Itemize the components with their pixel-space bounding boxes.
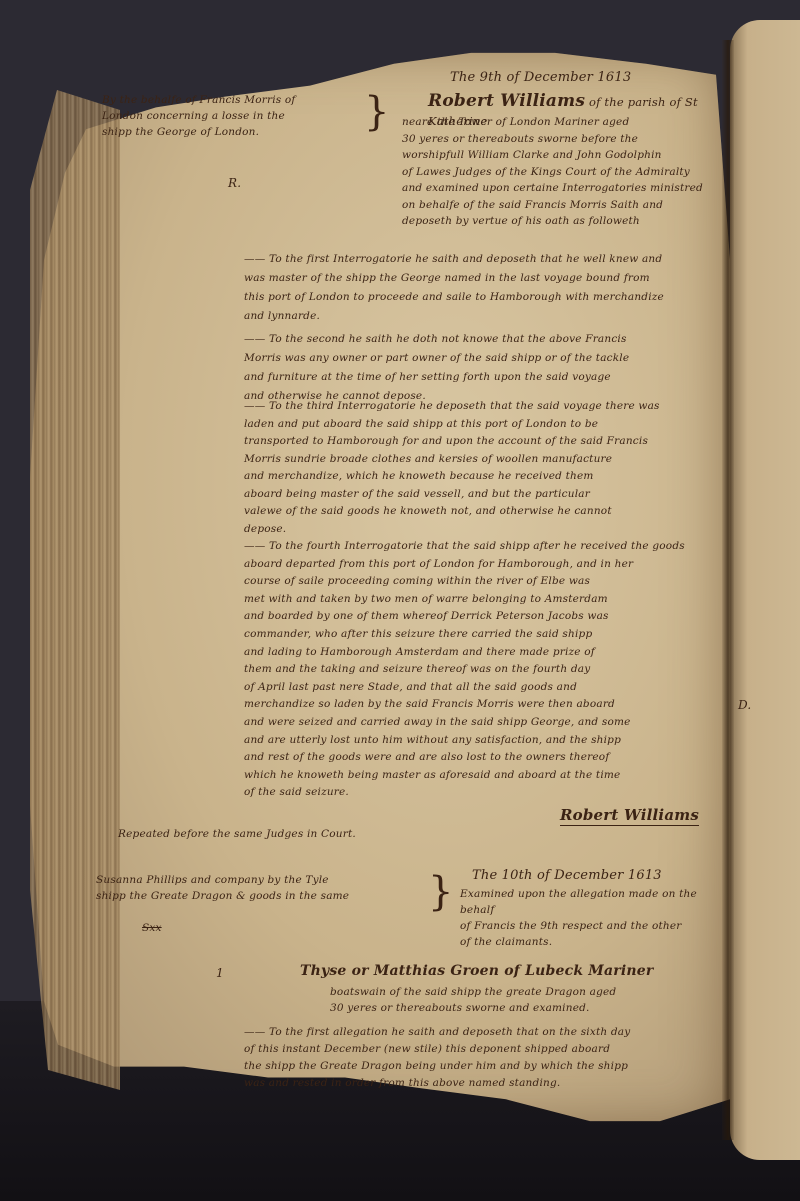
intro-line: worshipfull William Clarke and John Godo…	[402, 147, 722, 164]
note-line: shipp the Greate Dragon & goods in the s…	[96, 888, 426, 904]
note-line: Susanna Phillips and company by the Tyle	[96, 872, 426, 888]
margin-note-top-left: By the behalfe of Francis Morris of Lond…	[102, 92, 362, 140]
text-line: and merchandize, which he knoweth becaus…	[244, 468, 724, 486]
intro-line: of Francis the 9th respect and the other	[460, 918, 730, 934]
text-line: aboard departed from this port of London…	[244, 556, 724, 574]
text-line: this port of London to proceede and sail…	[244, 288, 724, 307]
interrogatory-1: To the first Interrogatorie he saith and…	[244, 250, 724, 326]
text-line: depose.	[244, 521, 724, 539]
date-line: The 9th of December 1613	[450, 68, 631, 87]
text-line: To the third Interrogatorie he deposeth …	[244, 398, 724, 416]
interrogatory-4: To the fourth Interrogatorie that the sa…	[244, 538, 724, 802]
text-line: aboard being master of the said vessell,…	[244, 486, 724, 504]
intro-line: Examined upon the allegation made on the…	[460, 886, 730, 918]
text-line: commander, who after this seizure there …	[244, 626, 724, 644]
text-line: and were seized and carried away in the …	[244, 714, 724, 732]
text-line: of this instant December (new stile) thi…	[244, 1041, 724, 1058]
text-line: valewe of the said goods he knoweth not,…	[244, 503, 724, 521]
margin-line: By the behalfe of Francis Morris of	[102, 92, 362, 108]
text-line: Morris sundrie broade clothes and kersie…	[244, 451, 724, 469]
deponent-name: Robert Williams	[428, 91, 585, 111]
intro-line: 30 yeres or thereabouts sworne and exami…	[330, 1000, 730, 1016]
text-line: To the fourth Interrogatorie that the sa…	[244, 538, 724, 556]
facing-page	[730, 20, 800, 1160]
text-line: of the said seizure.	[244, 784, 724, 802]
second-deponent: Thyse or Matthias Groen of Lubeck Marine…	[300, 962, 730, 981]
text-line: Morris was any owner or part owner of th…	[244, 349, 724, 368]
brace-mark: }	[364, 92, 389, 132]
repeated-note: Repeated before the same Judges in Court…	[118, 826, 356, 842]
signature-text: Robert Williams	[560, 806, 699, 826]
intro-line: on behalfe of the said Francis Morris Sa…	[402, 197, 722, 214]
margin-mark-r: R.	[228, 174, 241, 193]
text-line: and boarded by one of them whereof Derri…	[244, 608, 724, 626]
lower-left-note: Susanna Phillips and company by the Tyle…	[96, 872, 426, 904]
brace-mark: }	[428, 872, 453, 912]
text-line: which he knoweth being master as aforesa…	[244, 767, 724, 785]
numeral-mark: 1	[216, 964, 224, 983]
text-line: To the first Interrogatorie he saith and…	[244, 250, 724, 269]
text-line: transported to Hamborough for and upon t…	[244, 433, 724, 451]
text-line: and furniture at the time of her setting…	[244, 368, 724, 387]
text-line: and lynnarde.	[244, 307, 724, 326]
second-date-line: The 10th of December 1613	[472, 866, 662, 885]
text-line: laden and put aboard the said shipp at t…	[244, 416, 724, 434]
intro-line: deposeth by vertue of his oath as follow…	[402, 213, 722, 230]
page-edges	[30, 90, 120, 1090]
intro-line: of Lawes Judges of the Kings Court of th…	[402, 164, 722, 181]
second-deponent-intro: boatswain of the said shipp the greate D…	[330, 984, 730, 1016]
second-entry-intro: Examined upon the allegation made on the…	[460, 886, 730, 950]
text-line: To the second he saith he doth not knowe…	[244, 330, 724, 349]
text-line: met with and taken by two men of warre b…	[244, 591, 724, 609]
text-line: of April last past nere Stade, and that …	[244, 679, 724, 697]
text-line: course of saile proceeding coming within…	[244, 573, 724, 591]
margin-line: London concerning a losse in the	[102, 108, 362, 124]
text-line: and rest of the goods were and are also …	[244, 749, 724, 767]
intro-line: of the claimants.	[460, 934, 730, 950]
intro-line: and examined upon certaine Interrogatori…	[402, 180, 722, 197]
text-line: and are utterly lost unto him without an…	[244, 732, 724, 750]
intro-line: boatswain of the said shipp the greate D…	[330, 984, 730, 1000]
intro-line: 30 yeres or thereabouts sworne before th…	[402, 131, 722, 148]
deponent-name: Thyse or Matthias Groen of Lubeck Marine…	[300, 962, 730, 981]
margin-line: shipp the George of London.	[102, 124, 362, 140]
text-line: them and the taking and seizure thereof …	[244, 661, 724, 679]
intro-line: neare the Tower of London Mariner aged	[402, 114, 722, 131]
deponent-intro: neare the Tower of London Mariner aged 3…	[402, 114, 722, 230]
text-line: the shipp the Greate Dragon being under …	[244, 1058, 724, 1075]
signature: Robert Williams	[560, 806, 699, 826]
text-line: To the first allegation he saith and dep…	[244, 1024, 724, 1041]
second-entry-body: To the first allegation he saith and dep…	[244, 1024, 724, 1092]
interrogatory-3: To the third Interrogatorie he deposeth …	[244, 398, 724, 538]
struck-mark: Sxx	[142, 920, 162, 936]
text-line: merchandize so laden by the said Francis…	[244, 696, 724, 714]
margin-mark-d: D.	[738, 696, 751, 715]
interrogatory-2: To the second he saith he doth not knowe…	[244, 330, 724, 406]
text-line: was and rested in order from this above …	[244, 1075, 724, 1092]
text-line: was master of the shipp the George named…	[244, 269, 724, 288]
text-line: and lading to Hamborough Amsterdam and t…	[244, 644, 724, 662]
